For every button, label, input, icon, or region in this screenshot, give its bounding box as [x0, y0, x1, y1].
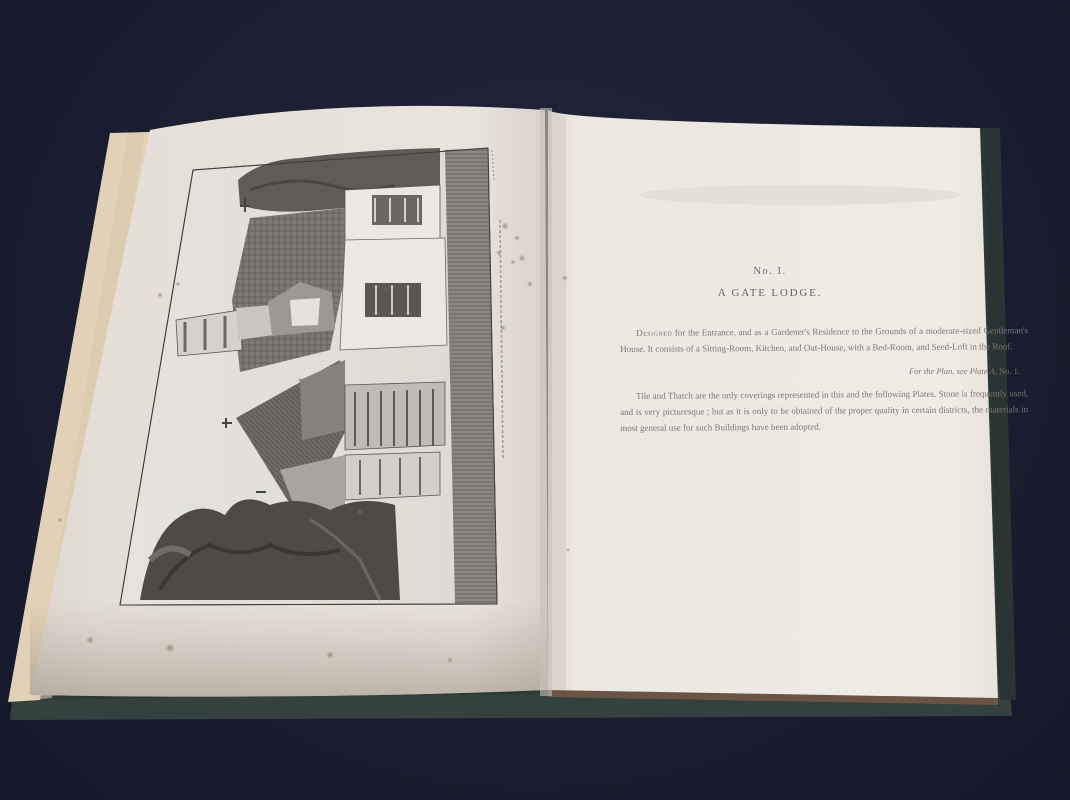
- description-paragraph: Designed for the Entrance, and as a Gard…: [620, 322, 1028, 357]
- plan-reference: For the Plan, see Plate A, No. 1.: [820, 366, 1020, 376]
- paragraph-body: for the Entrance, and as a Gardener's Re…: [620, 325, 1028, 354]
- plate-title: A GATE LODGE.: [620, 287, 920, 299]
- materials-paragraph-text: Tile and Thatch are the only coverings r…: [620, 388, 1028, 433]
- plan-reference-prefix: For the Plan, see Plate A,: [909, 366, 997, 376]
- plan-reference-suffix: No. 1.: [997, 366, 1020, 376]
- materials-paragraph: Tile and Thatch are the only coverings r…: [620, 385, 1028, 436]
- paragraph-lead-word: Designed: [636, 328, 672, 338]
- plate-number: No. I.: [620, 266, 920, 277]
- book-photo-scene: No. I. A GATE LODGE. Designed for the En…: [0, 0, 1070, 800]
